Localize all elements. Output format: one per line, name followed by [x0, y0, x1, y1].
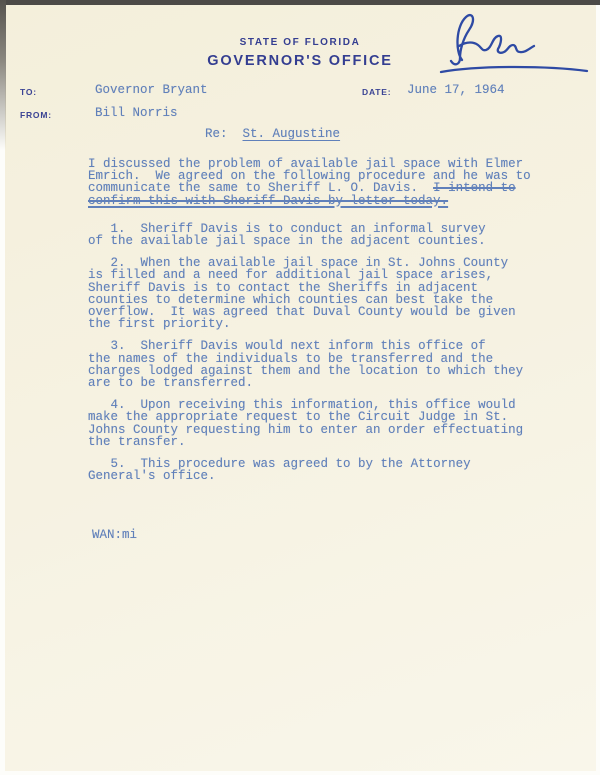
- scanned-memo-page: STATE OF FLORIDA GOVERNOR'S OFFICE file …: [0, 0, 600, 775]
- handwriting-underline-stroke: [441, 67, 587, 72]
- memo-paragraph-2: 2. When the available jail space in St. …: [88, 257, 568, 330]
- to-value: Governor Bryant: [95, 83, 208, 97]
- scan-edge-corner-shadow: [0, 0, 6, 150]
- typist-initials: WAN:mi: [92, 528, 137, 542]
- from-value: Bill Norris: [95, 106, 178, 120]
- re-subject: St. Augustine: [243, 127, 341, 141]
- from-label: FROM:: [20, 110, 52, 120]
- memo-paragraph-intro: I discussed the problem of available jai…: [88, 158, 568, 207]
- struck-sentence-line2: confirm this with Sheriff Davis by lette…: [88, 194, 448, 208]
- date-label: DATE:: [362, 87, 391, 97]
- memo-paragraph-3: 3. Sheriff Davis would next inform this …: [88, 340, 568, 389]
- handwriting-word-stroke: [451, 15, 534, 64]
- memo-body: I discussed the problem of available jai…: [88, 158, 568, 492]
- to-label: TO:: [20, 87, 37, 97]
- memo-paragraph-4: 4. Upon receiving this information, this…: [88, 399, 568, 448]
- date-value: June 17, 1964: [407, 83, 505, 97]
- re-line: Re: St. Augustine: [205, 127, 340, 141]
- memo-paragraph-5: 5. This procedure was agreed to by the A…: [88, 458, 568, 482]
- re-label: Re:: [205, 127, 243, 141]
- handwritten-file-annotation: [438, 12, 590, 78]
- memo-paragraph-1: 1. Sheriff Davis is to conduct an inform…: [88, 223, 568, 247]
- scan-edge-top-shadow: [0, 0, 600, 5]
